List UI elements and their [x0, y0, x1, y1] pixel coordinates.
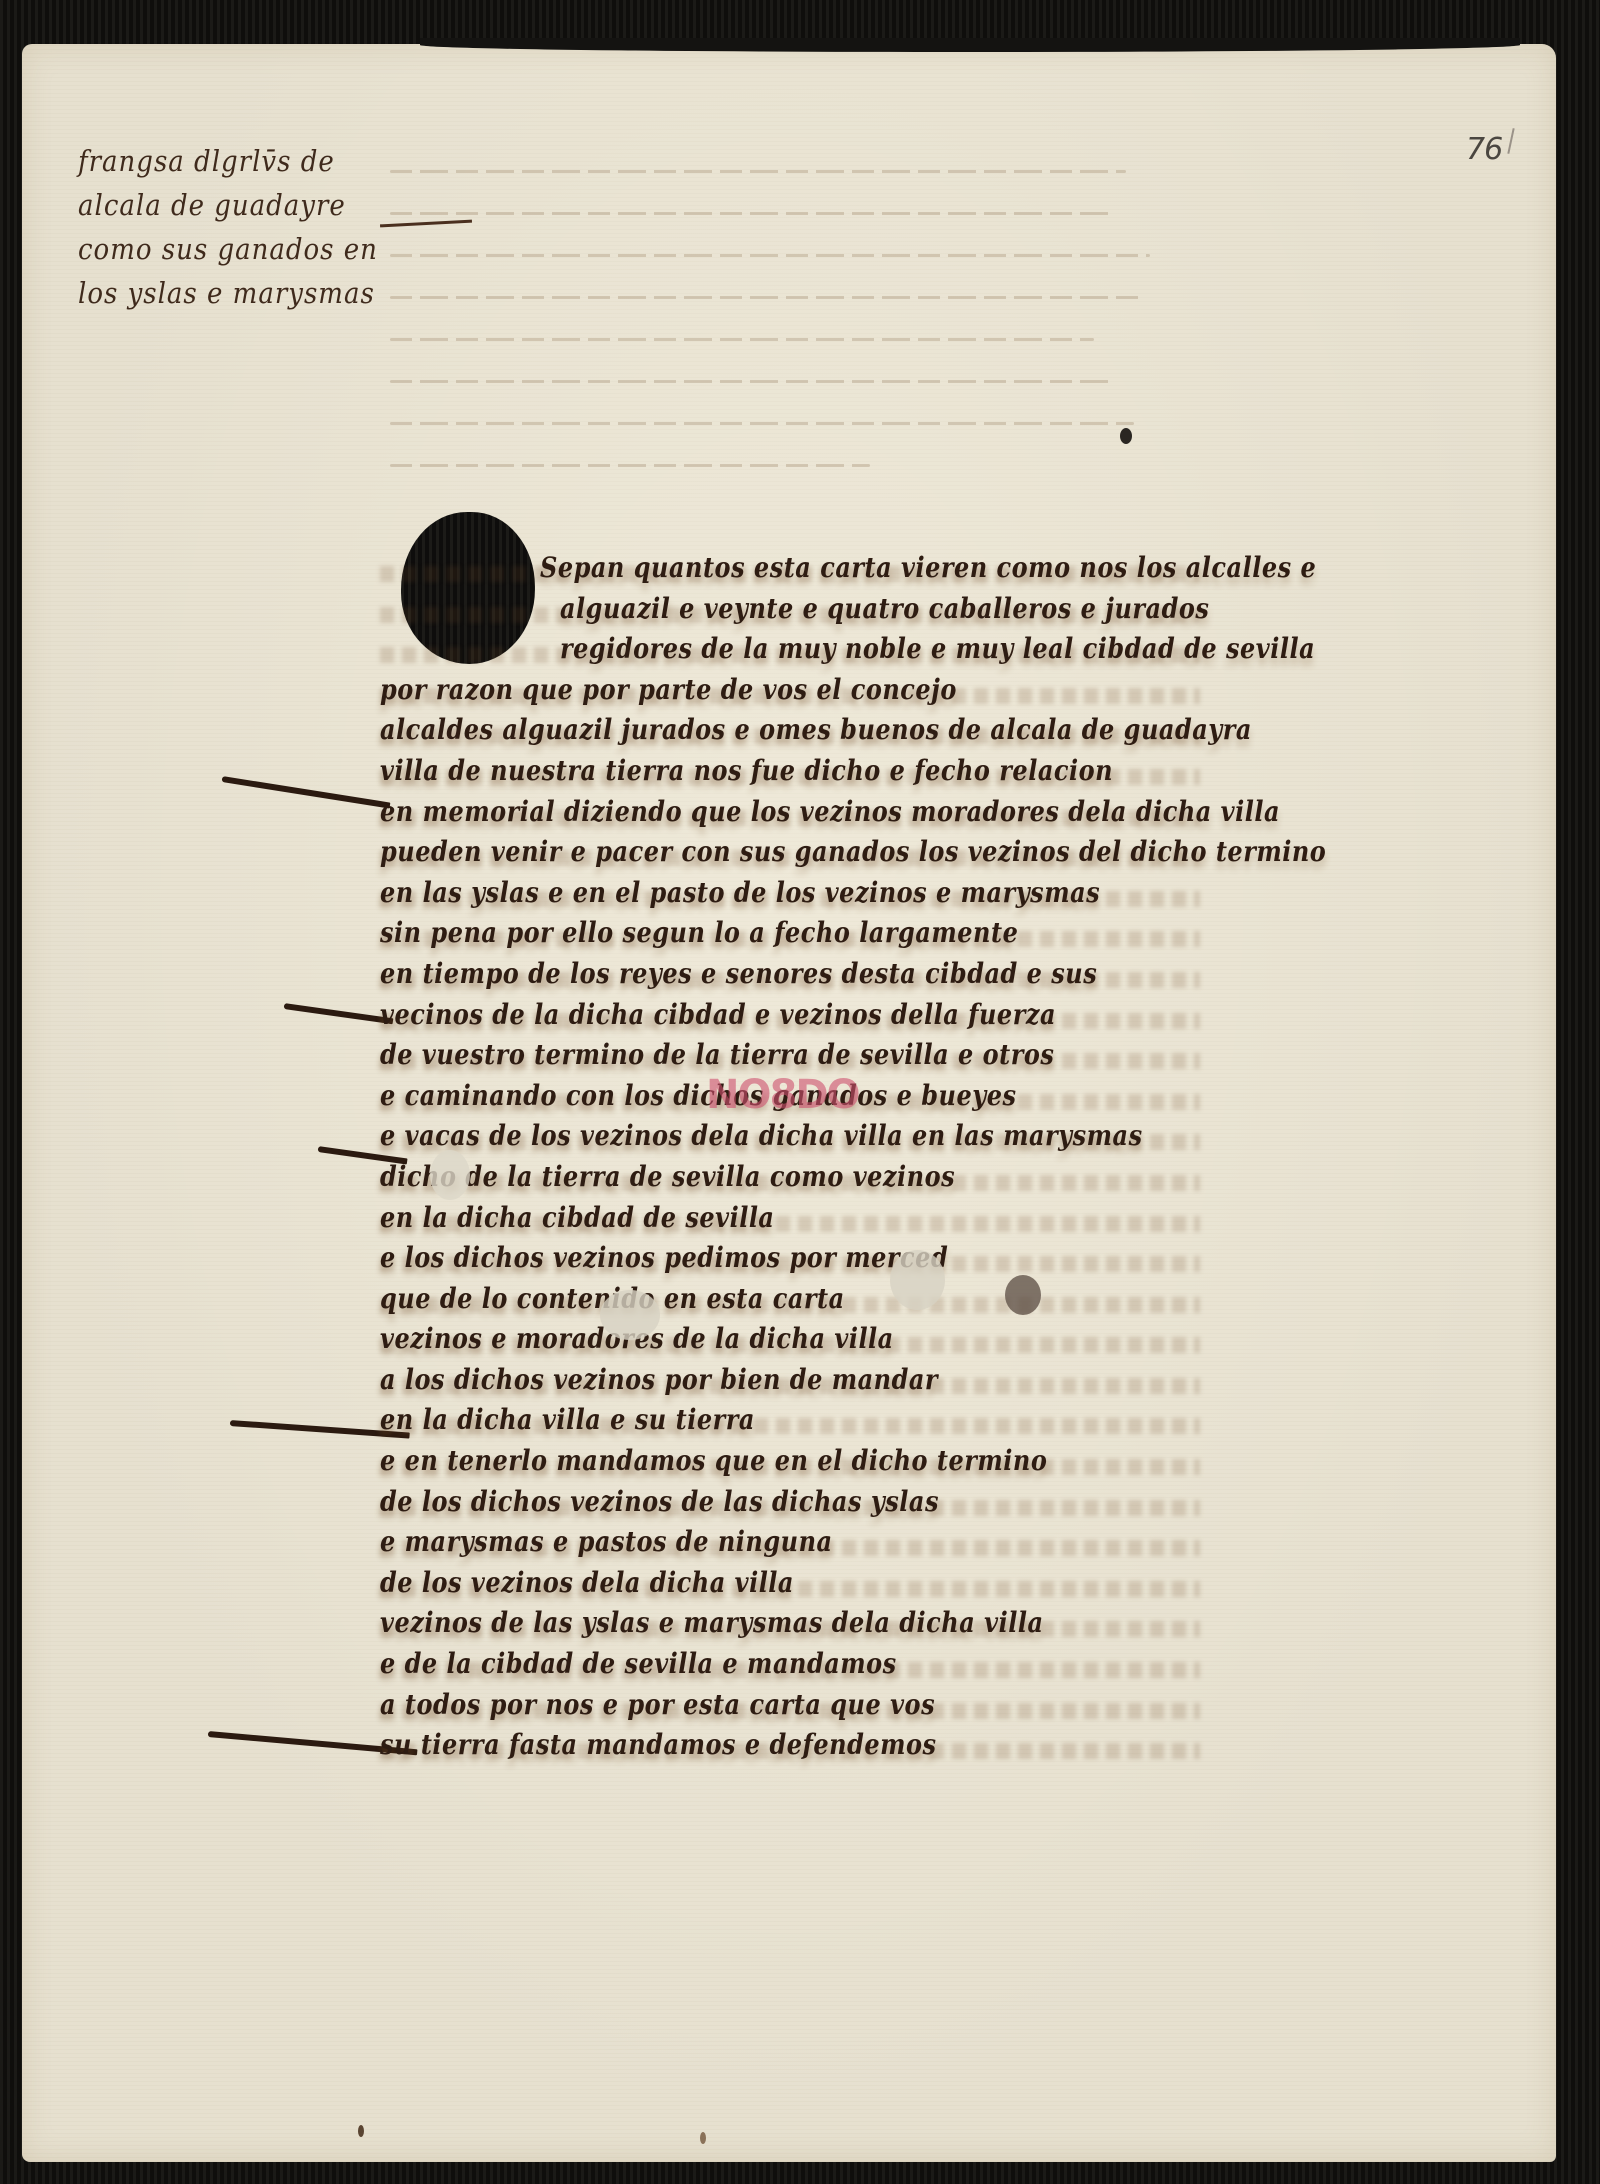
text-line: alcaldes alguazil jurados e omes buenos …: [380, 707, 1252, 753]
text-line: Sepan quantos esta carta vieren como nos…: [540, 545, 1316, 591]
ink-spot: [1120, 428, 1132, 444]
text-line: en tiempo de los reyes e senores desta c…: [380, 951, 1097, 997]
text-line: vezinos de las yslas e marysmas dela dic…: [380, 1600, 1044, 1646]
text-line: por razon que por parte de vos el concej…: [380, 667, 957, 713]
text-line: e caminando con los dichos ganados e bue…: [380, 1073, 1017, 1119]
paper-damage: [430, 1150, 470, 1200]
text-line: en memorial diziendo que los vezinos mor…: [380, 789, 1280, 835]
text-line: su tierra fasta mandamos e defendemos: [380, 1722, 937, 1768]
main-text: Sepan quantos esta carta vieren como nos…: [380, 548, 1200, 1766]
bleed-through-text: [390, 170, 1190, 500]
text-line: de los vezinos dela dicha villa: [380, 1560, 794, 1606]
text-line: en la dicha villa e su tierra: [380, 1397, 755, 1443]
text-line: a todos por nos e por esta carta que vos: [380, 1682, 935, 1728]
pencil-mark: [1507, 128, 1514, 154]
text-line: villa de nuestra tierra nos fue dicho e …: [380, 748, 1113, 794]
text-line: en las yslas e en el pasto de los vezino…: [380, 870, 1100, 916]
text-line: vecinos de la dicha cibdad e vezinos del…: [380, 992, 1056, 1038]
text-line: sin pena por ello segun lo a fecho larga…: [380, 910, 1018, 956]
torn-edge: [420, 38, 1520, 52]
ink-spot: [700, 2132, 706, 2144]
paper-damage: [600, 1290, 660, 1340]
no8do-stamp: NO8DO: [706, 1072, 859, 1118]
text-line: pueden venir e pacer con sus ganados los…: [380, 829, 1326, 875]
text-line: a los dichos vezinos por bien de mandar: [380, 1357, 938, 1403]
ink-spot: [358, 2125, 364, 2137]
text-line: alguazil e veynte e quatro caballeros e …: [560, 586, 1209, 632]
text-line: e vacas de los vezinos dela dicha villa …: [380, 1113, 1143, 1159]
text-line: en la dicha cibdad de sevilla: [380, 1195, 774, 1241]
ink-blot: [1005, 1275, 1041, 1315]
text-line: regidores de la muy noble e muy leal cib…: [560, 626, 1315, 672]
text-line: e de la cibdad de sevilla e mandamos: [380, 1641, 897, 1687]
text-line: de los dichos vezinos de las dichas ysla…: [380, 1479, 939, 1525]
text-line: e en tenerlo mandamos que en el dicho te…: [380, 1438, 1047, 1484]
paper-damage: [890, 1250, 945, 1310]
text-line: e marysmas e pastos de ninguna: [380, 1519, 833, 1565]
text-line: e los dichos vezinos pedimos por merced: [380, 1235, 948, 1281]
folio-number: 76: [1466, 132, 1502, 167]
